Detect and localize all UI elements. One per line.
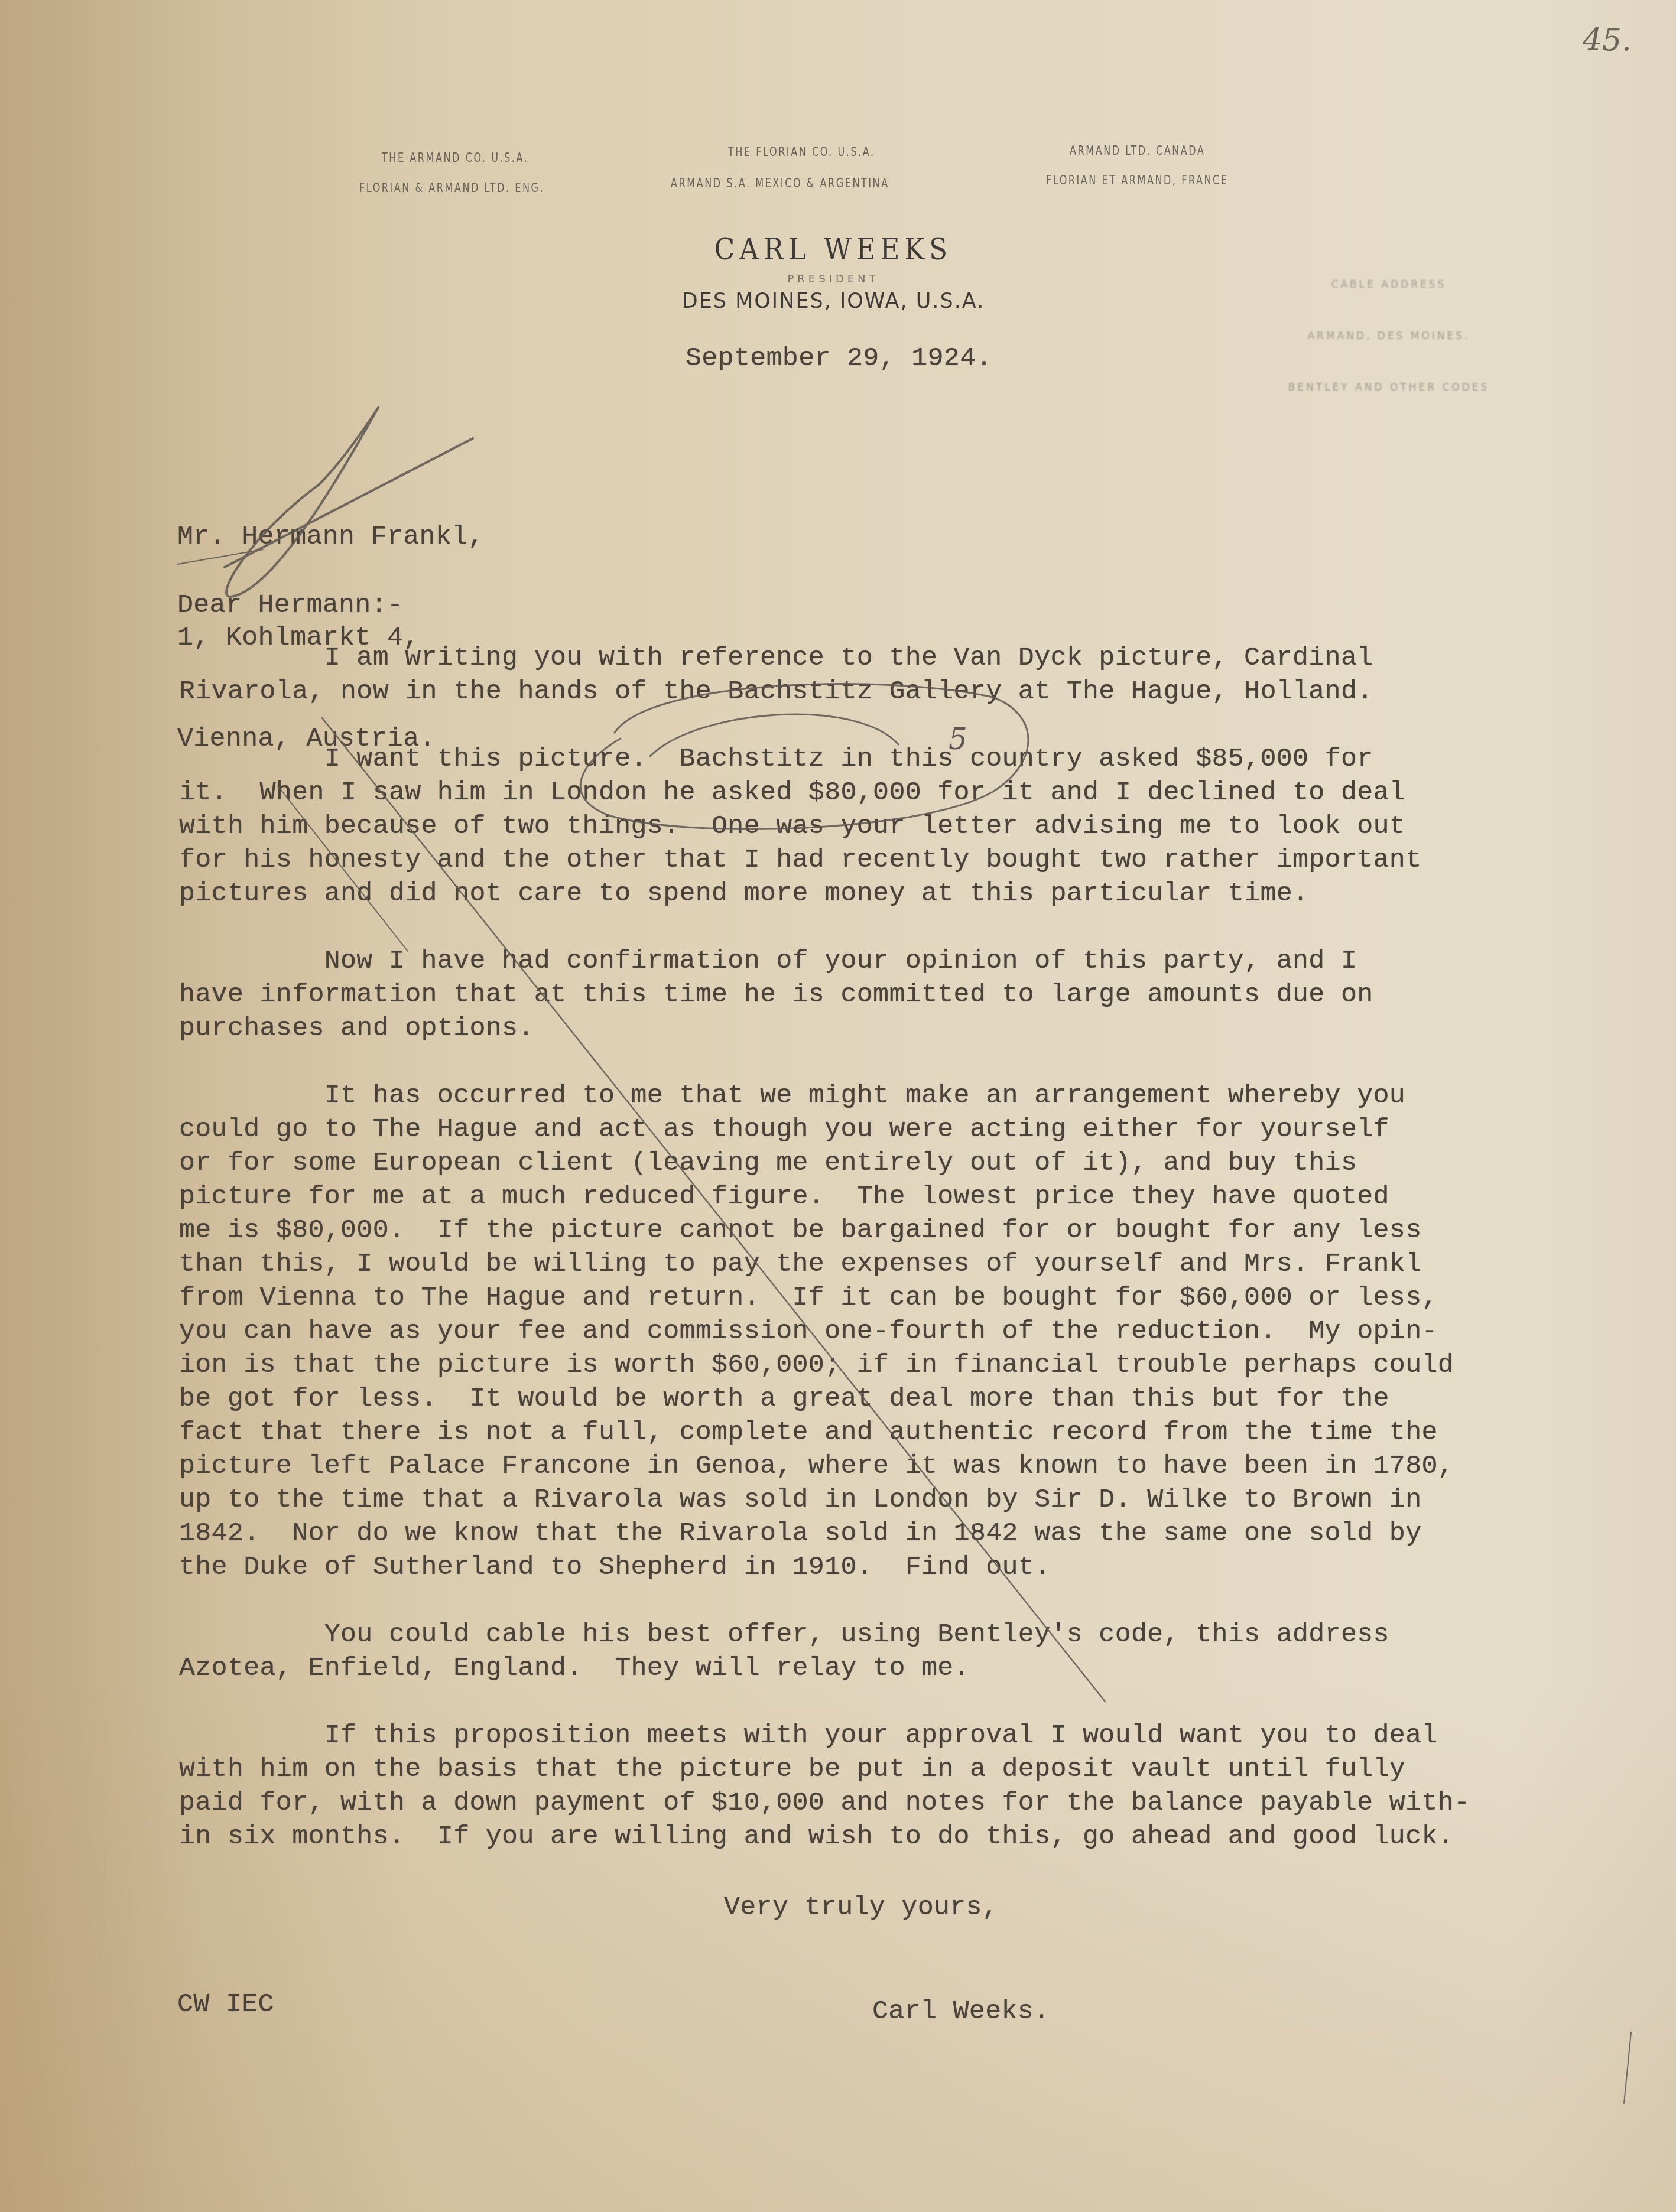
letter-body: I am writing you with reference to the V… <box>179 641 1470 1853</box>
recipient-line: Mr. Hermann Frankl, <box>177 520 484 554</box>
body-line: for his honesty and the other that I had… <box>179 843 1470 877</box>
letterhead-affiliate: THE FLORIAN CO. U.S.A. <box>728 145 875 159</box>
letterhead-affiliate: FLORIAN ET ARMAND, FRANCE <box>1046 173 1229 187</box>
body-line: I want this picture. Bachstitz in this c… <box>179 742 1470 776</box>
letterhead-affiliate: ARMAND S.A. MEXICO & ARGENTINA <box>671 176 889 190</box>
body-line: it. When I saw him in London he asked $8… <box>179 776 1470 809</box>
margin-mark <box>1624 2032 1631 2103</box>
letterhead-cable-address: CABLE ADDRESS ARMAND, DES MOINES. BENTLE… <box>1271 242 1507 414</box>
typist-initials: CW IEC <box>177 1987 274 2021</box>
body-line: me is $80,000. If the picture cannot be … <box>179 1214 1470 1247</box>
body-line: have information that at this time he is… <box>179 978 1470 1011</box>
salutation: Dear Hermann:- <box>177 588 403 622</box>
body-line: with him because of two things. One was … <box>179 809 1470 843</box>
body-line: be got for less. It would be worth a gre… <box>179 1382 1470 1416</box>
cable-line: CABLE ADDRESS <box>1271 276 1507 294</box>
body-line: You could cable his best offer, using Be… <box>179 1618 1470 1651</box>
body-line: pictures and did not care to spend more … <box>179 877 1470 910</box>
body-line: It has occurred to me that we might make… <box>179 1079 1470 1112</box>
signature: Carl Weeks. <box>872 1995 1050 2028</box>
body-line: picture for me at a much reduced figure.… <box>179 1180 1470 1214</box>
body-line: purchases and options. <box>179 1011 1470 1045</box>
body-line <box>179 708 1470 742</box>
body-line: or for some European client (leaving me … <box>179 1146 1470 1180</box>
letter-date: September 29, 1924. <box>686 341 992 375</box>
body-line: 1842. Nor do we know that the Rivarola s… <box>179 1517 1470 1550</box>
body-line: I am writing you with reference to the V… <box>179 641 1470 675</box>
body-line: from Vienna to The Hague and return. If … <box>179 1281 1470 1315</box>
body-line: picture left Palace Francone in Genoa, w… <box>179 1449 1470 1483</box>
closing: Very truly yours, <box>724 1891 998 1924</box>
body-line: you can have as your fee and commission … <box>179 1315 1470 1348</box>
cable-line: BENTLEY AND OTHER CODES <box>1271 379 1507 396</box>
page-number: 45. <box>1583 22 1632 58</box>
letterhead-city: DES MOINES, IOWA, U.S.A. <box>650 289 1016 313</box>
body-line <box>179 910 1470 944</box>
body-line <box>179 1584 1470 1618</box>
body-line: fact that there is not a full, complete … <box>179 1416 1470 1449</box>
cable-line: ARMAND, DES MOINES. <box>1271 328 1507 345</box>
body-line: could go to The Hague and act as though … <box>179 1112 1470 1146</box>
body-line: ion is that the picture is worth $60,000… <box>179 1348 1470 1382</box>
letterhead-title: PRESIDENT <box>674 273 993 285</box>
body-line <box>179 1045 1470 1079</box>
body-line: Now I have had confirmation of your opin… <box>179 944 1470 978</box>
body-line: If this proposition meets with your appr… <box>179 1719 1470 1752</box>
letterhead-name: CARL WEEKS <box>690 232 977 266</box>
body-line: Rivarola, now in the hands of the Bachst… <box>179 675 1470 708</box>
letterhead-affiliate: ARMAND LTD. CANADA <box>1070 144 1205 158</box>
body-line: than this, I would be willing to pay the… <box>179 1247 1470 1281</box>
body-line: in six months. If you are willing and wi… <box>179 1820 1470 1853</box>
body-line: Azotea, Enfield, England. They will rela… <box>179 1651 1470 1685</box>
body-line: up to the time that a Rivarola was sold … <box>179 1483 1470 1517</box>
body-line: paid for, with a down payment of $10,000… <box>179 1786 1470 1820</box>
body-line: the Duke of Sutherland to Shepherd in 19… <box>179 1550 1470 1584</box>
body-line: with him on the basis that the picture b… <box>179 1752 1470 1786</box>
letterhead-affiliate: FLORIAN & ARMAND LTD. ENG. <box>359 181 544 195</box>
letterhead-affiliate: THE ARMAND CO. U.S.A. <box>382 151 528 165</box>
body-line <box>179 1685 1470 1719</box>
